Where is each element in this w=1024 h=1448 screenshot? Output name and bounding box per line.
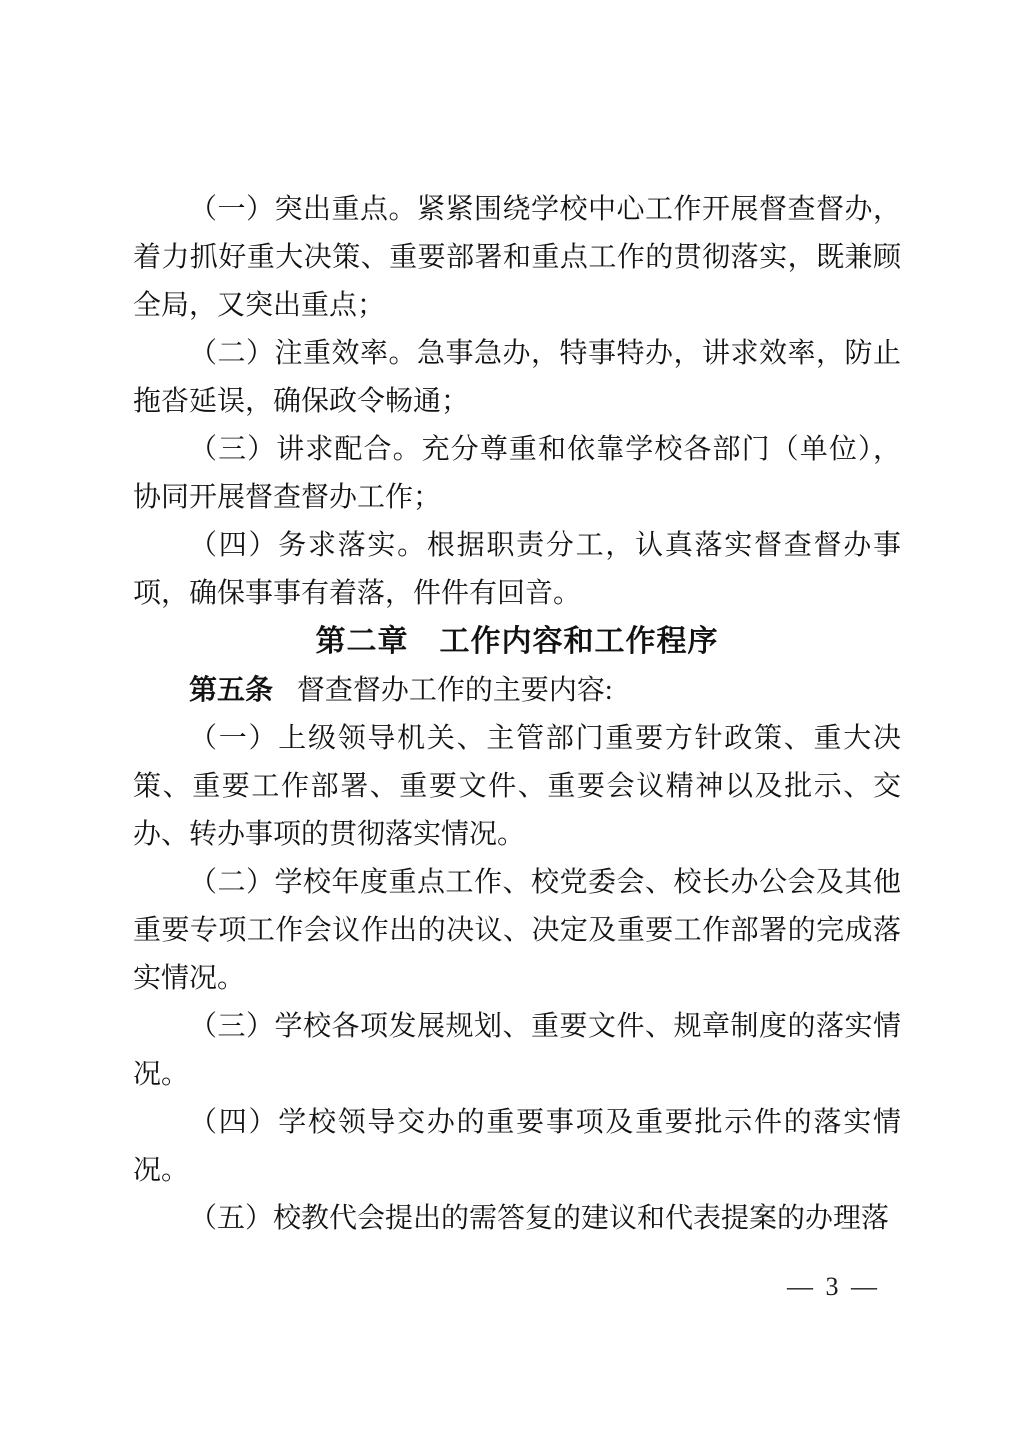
paragraph: （三）学校各项发展规划、重要文件、规章制度的落实情况。 <box>133 1003 901 1099</box>
article-title: 督查督办工作的主要内容: <box>297 675 613 706</box>
page-number: — 3 — <box>787 1272 880 1302</box>
paragraph: （一）突出重点。紧紧围绕学校中心工作开展督查督办，着力抓好重大决策、重要部署和重… <box>133 186 901 330</box>
chapter-heading: 第二章 工作内容和工作程序 <box>133 618 901 666</box>
article-number: 第五条 <box>189 674 273 705</box>
document-body: （一）突出重点。紧紧围绕学校中心工作开展督查督办，着力抓好重大决策、重要部署和重… <box>133 186 901 1243</box>
paragraph: （一）上级领导机关、主管部门重要方针政策、重大决策、重要工作部署、重要文件、重要… <box>133 715 901 859</box>
paragraph: （四）学校领导交办的重要事项及重要批示件的落实情况。 <box>133 1099 901 1195</box>
paragraph: （二）学校年度重点工作、校党委会、校长办公会及其他重要专项工作会议作出的决议、决… <box>133 859 901 1003</box>
paragraph: （三）讲求配合。充分尊重和依靠学校各部门（单位），协同开展督查督办工作； <box>133 426 901 522</box>
paragraph: （四）务求落实。根据职责分工，认真落实督查督办事项，确保事事有着落，件件有回音。 <box>133 522 901 618</box>
paragraph: （二）注重效率。急事急办，特事特办，讲求效率，防止拖沓延误，确保政令畅通； <box>133 330 901 426</box>
paragraph: （五）校教代会提出的需答复的建议和代表提案的办理落 <box>133 1195 901 1243</box>
document-page: （一）突出重点。紧紧围绕学校中心工作开展督查督办，着力抓好重大决策、重要部署和重… <box>0 0 1024 1448</box>
article-paragraph: 第五条督查督办工作的主要内容: <box>133 666 901 715</box>
